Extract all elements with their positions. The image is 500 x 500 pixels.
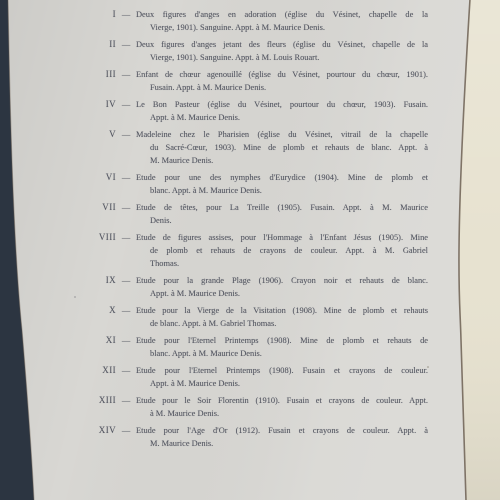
item-numeral: XI	[60, 334, 116, 347]
item-text: Etude pour la grande Plage (1906). Crayo…	[136, 274, 428, 300]
item-dash: —	[116, 424, 136, 437]
catalog-item: XIII — Etude pour le Soir Florentin (191…	[60, 394, 428, 420]
item-dash: —	[116, 364, 136, 377]
item-numeral: III	[60, 68, 116, 81]
item-dash: —	[116, 231, 136, 244]
catalog-item: VIII — Etude de figures assises, pour l'…	[60, 231, 428, 270]
item-text: Etude pour le Soir Florentin (1910). Fus…	[136, 394, 428, 420]
item-text-line: Appt. à M. Maurice Denis.	[136, 377, 428, 390]
catalog-item: IV — Le Bon Pasteur (église du Vésinet, …	[60, 98, 428, 124]
item-text-line: Appt. à M. Maurice Denis.	[136, 111, 428, 124]
item-dash: —	[116, 98, 136, 111]
catalog-item: VII — Etude de têtes, pour La Treille (1…	[60, 201, 428, 227]
item-text-line: du Sacré-Cœur, 1903). Mine de plomb et r…	[136, 141, 428, 154]
item-numeral: IX	[60, 274, 116, 287]
book-page-photo: I — Deux figures d'anges en adoration (é…	[0, 0, 500, 500]
catalog-item: IX — Etude pour la grande Plage (1906). …	[60, 274, 428, 300]
catalog-item: XI — Etude pour l'Eternel Printemps (190…	[60, 334, 428, 360]
item-text-line: blanc. Appt. à M. Maurice Denis.	[136, 347, 428, 360]
item-text-line: M. Maurice Denis.	[136, 437, 428, 450]
item-text-line: Etude de figures assises, pour l'Hommage…	[136, 231, 428, 244]
item-text-line: Fusain. Appt. à M. Maurice Denis.	[136, 81, 428, 94]
item-text: Etude pour l'Eternel Printemps (1908). F…	[136, 364, 428, 390]
item-dash: —	[116, 334, 136, 347]
item-numeral: I	[60, 8, 116, 21]
item-numeral: IV	[60, 98, 116, 111]
item-dash: —	[116, 38, 136, 51]
item-text: Enfant de chœur agenouillé (église du Vé…	[136, 68, 428, 94]
catalog-item: XIV — Etude pour l'Age d'Or (1912). Fusa…	[60, 424, 428, 450]
item-text: Madeleine chez le Pharisien (église du V…	[136, 128, 428, 167]
item-numeral: VIII	[60, 231, 116, 244]
item-dash: —	[116, 201, 136, 214]
catalog-item: X — Etude pour la Vierge de la Visitatio…	[60, 304, 428, 330]
item-numeral: II	[60, 38, 116, 51]
item-text: Etude pour la Vierge de la Visitation (1…	[136, 304, 428, 330]
item-dash: —	[116, 394, 136, 407]
item-text: Etude pour l'Age d'Or (1912). Fusain et …	[136, 424, 428, 450]
item-text-line: Etude de têtes, pour La Treille (1905). …	[136, 201, 428, 214]
item-text: Deux figures d'anges jetant des fleurs (…	[136, 38, 428, 64]
item-numeral: VII	[60, 201, 116, 214]
item-text-line: Vierge, 1901). Sanguine. Appt. à M. Maur…	[136, 21, 428, 34]
item-text-line: blanc. Appt. à M. Maurice Denis.	[136, 184, 428, 197]
item-dash: —	[116, 171, 136, 184]
item-text-line: Etude pour la Vierge de la Visitation (1…	[136, 304, 428, 317]
item-dash: —	[116, 274, 136, 287]
item-numeral: XIII	[60, 394, 116, 407]
item-numeral: VI	[60, 171, 116, 184]
item-text-line: Appt. à M. Maurice Denis.	[136, 287, 428, 300]
item-dash: —	[116, 8, 136, 21]
item-numeral: V	[60, 128, 116, 141]
item-text-line: à M. Maurice Denis.	[136, 407, 428, 420]
item-text-line: de plomb et rehauts de crayons de couleu…	[136, 244, 428, 257]
item-text-line: de blanc. Appt. à M. Gabriel Thomas.	[136, 317, 428, 330]
item-dash: —	[116, 68, 136, 81]
item-text: Etude pour l'Eternel Printemps (1908). M…	[136, 334, 428, 360]
catalog-item: III — Enfant de chœur agenouillé (église…	[60, 68, 428, 94]
catalog-item: II — Deux figures d'anges jetant des fle…	[60, 38, 428, 64]
item-text: Etude de têtes, pour La Treille (1905). …	[136, 201, 428, 227]
item-text-line: Etude pour la grande Plage (1906). Crayo…	[136, 274, 428, 287]
item-text-line: Etude pour l'Eternel Printemps (1908). F…	[136, 364, 428, 377]
catalog-item: VI — Etude pour une des nymphes d'Eurydi…	[60, 171, 428, 197]
item-text-line: Le Bon Pasteur (église du Vésinet, pourt…	[136, 98, 428, 111]
catalog-item: I — Deux figures d'anges en adoration (é…	[60, 8, 428, 34]
item-text-line: Etude pour une des nymphes d'Eurydice (1…	[136, 171, 428, 184]
item-text-line: Etude pour l'Age d'Or (1912). Fusain et …	[136, 424, 428, 437]
item-text-line: Madeleine chez le Pharisien (église du V…	[136, 128, 428, 141]
catalog-item: V — Madeleine chez le Pharisien (église …	[60, 128, 428, 167]
item-text-line: Enfant de chœur agenouillé (église du Vé…	[136, 68, 428, 81]
item-numeral: XIV	[60, 424, 116, 437]
item-text-line: Deux figures d'anges en adoration (églis…	[136, 8, 428, 21]
item-numeral: XII	[60, 364, 116, 377]
item-text: Deux figures d'anges en adoration (églis…	[136, 8, 428, 34]
item-dash: —	[116, 304, 136, 317]
catalog-list: I — Deux figures d'anges en adoration (é…	[60, 8, 428, 454]
item-text: Le Bon Pasteur (église du Vésinet, pourt…	[136, 98, 428, 124]
item-text: Etude pour une des nymphes d'Eurydice (1…	[136, 171, 428, 197]
item-text-line: Thomas.	[136, 257, 428, 270]
item-text-line: Etude pour le Soir Florentin (1910). Fus…	[136, 394, 428, 407]
item-numeral: X	[60, 304, 116, 317]
catalog-item: XII — Etude pour l'Eternel Printemps (19…	[60, 364, 428, 390]
item-dash: —	[116, 128, 136, 141]
item-text: Etude de figures assises, pour l'Hommage…	[136, 231, 428, 270]
item-text-line: Vierge, 1901). Sanguine. Appt. à M. Loui…	[136, 51, 428, 64]
item-text-line: M. Maurice Denis.	[136, 154, 428, 167]
item-text-line: Denis.	[136, 214, 428, 227]
item-text-line: Deux figures d'anges jetant des fleurs (…	[136, 38, 428, 51]
item-text-line: Etude pour l'Eternel Printemps (1908). M…	[136, 334, 428, 347]
